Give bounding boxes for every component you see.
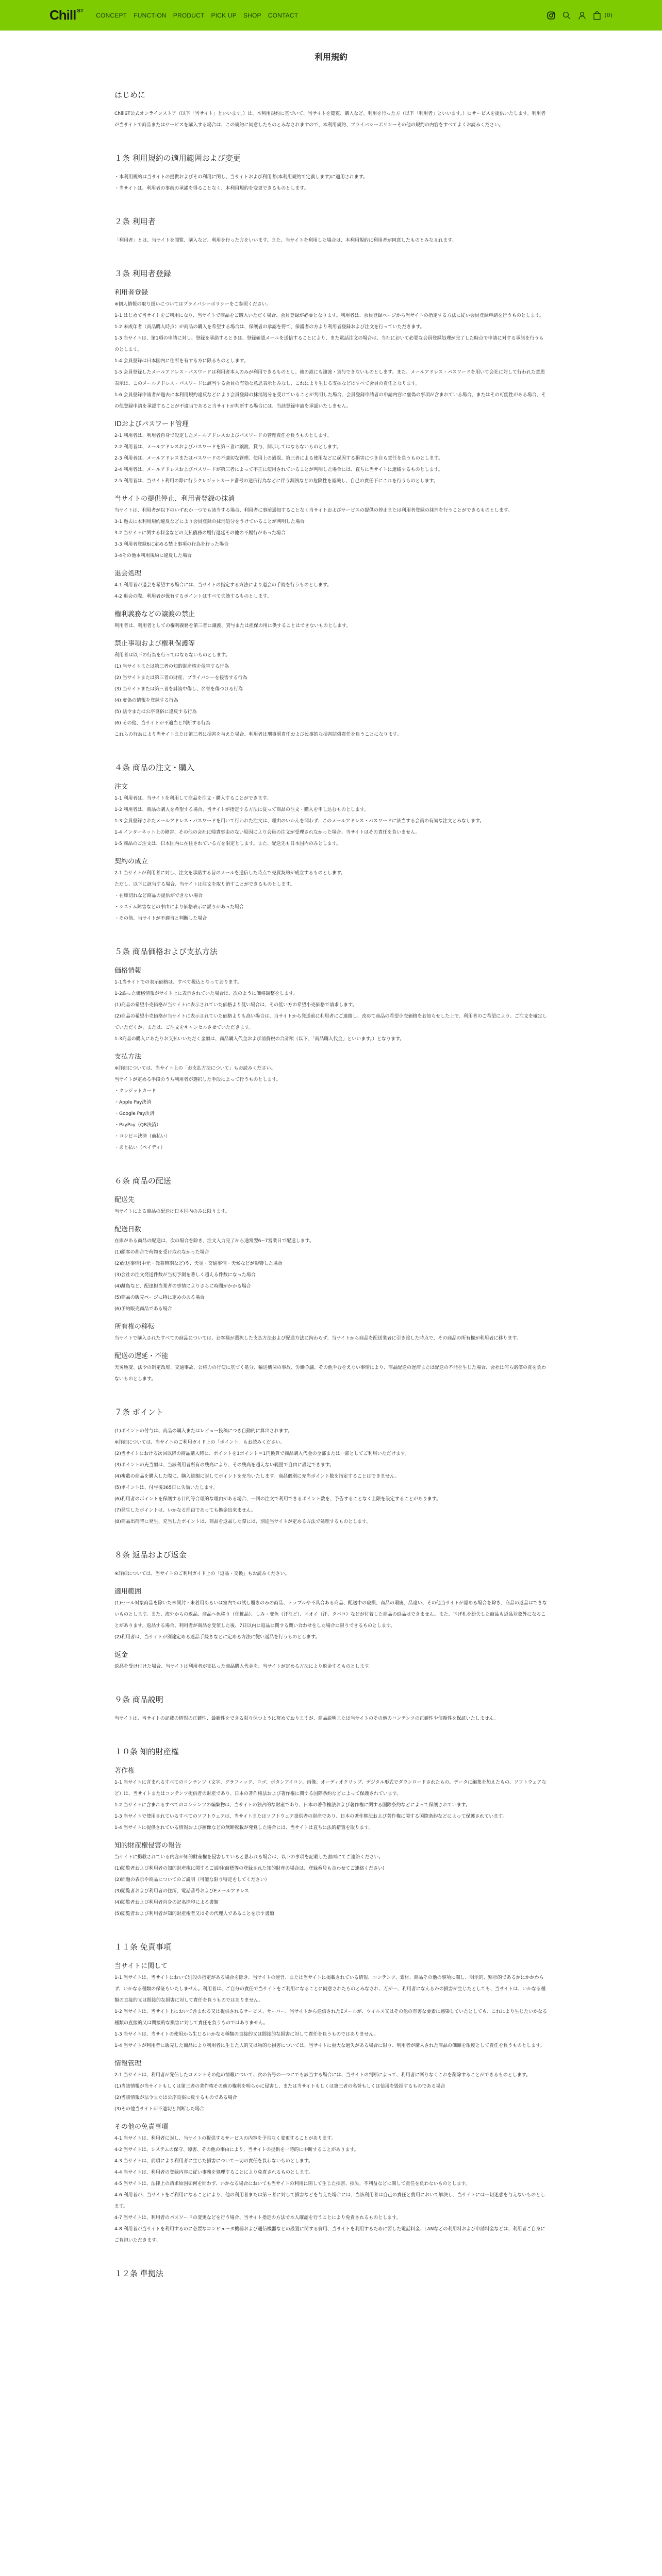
terms-content: 利用規約 はじめにChillST公式オンラインストア（以下「当サイト」といいます… <box>114 31 548 2321</box>
article-subsection: 契約の成立2-1 当サイトが利用者に対し、注文を承諾する旨のメールを送信した時点… <box>114 856 548 924</box>
clause-text: (1)閲覧者および利用者の知的財産権に関するご説明(商標等の登録された知的財産の… <box>114 1863 548 1874</box>
article-heading: はじめに <box>114 89 548 100</box>
clause-text: 1-5 会員登録したメールアドレス・パスワードは利用者本人のみが利用できるものと… <box>114 367 548 389</box>
clause-text: 当サイトで購入されたすべての商品については、お客様が選択した支払方法および配送方… <box>114 1333 548 1344</box>
clause-text: ※個人情報の取り扱いについてはプライバシーポリシーをご参照ください。 <box>114 299 548 310</box>
subsection-title: 配送日数 <box>114 1224 548 1233</box>
subsection-title: 利用者登録 <box>114 287 548 297</box>
subsection-title: 返金 <box>114 1649 548 1659</box>
clause-text: 1-1 当サイトは、当サイトにおいて別段の指定がある場合を除き、当サイトの運営、… <box>114 1972 548 2006</box>
article-subsection: 所有権の移転当サイトで購入されたすべての商品については、お客様が選択した支払方法… <box>114 1321 548 1344</box>
clause-text: (2)配送事情(中元・歳暮時期など)や、天災・交通事情・天候などが影響した場合 <box>114 1258 548 1269</box>
subsection-title: 注文 <box>114 781 548 791</box>
subsection-title: 著作権 <box>114 1765 548 1775</box>
clause-text: 4-3 当サイトは、前項により利用者に生じた損害について一切の責任を負わないもの… <box>114 2156 548 2167</box>
clause-text: 当サイトによる商品の配送は日本国内のみに限ります。 <box>114 1206 548 1217</box>
article-subsection: ChillST公式オンラインストア（以下「当サイト」といいます。）は、本利用規約… <box>114 108 548 131</box>
article-subsection: ・本利用規約は当サイトの提供およびその利用に関し、当サイトおよび利用者(本利用規… <box>114 172 548 194</box>
article-subsection: 配送の遅延・不能天災地変、法令の制定改廃、交通事故、公権力の行使に基づく処分、輸… <box>114 1350 548 1385</box>
clause-text: 2-2 利用者は、メールアドレスおよびパスワードを第三者に譲渡、貸与、開示しては… <box>114 442 548 453</box>
subsection-title: IDおよびパスワード管理 <box>114 418 548 428</box>
subsection-title: 所有権の移転 <box>114 1321 548 1331</box>
terms-article: ３条 利用者登録利用者登録※個人情報の取り扱いについてはプライバシーポリシーをご… <box>114 268 548 740</box>
articles-container: はじめにChillST公式オンラインストア（以下「当サイト」といいます。）は、本… <box>114 89 548 2279</box>
clause-text: (3)その他当サイトが不適切と判断した場合 <box>114 2104 548 2115</box>
clause-text: 1-4 会員登録は日本国内に住所を有する方に限るものとします。 <box>114 355 548 367</box>
clause-text: 1-3 当サイトは、第1項の申請に対し、登録を承諾するときは、登録確認メールを送… <box>114 333 548 355</box>
clause-text: ただし、以下に該当する場合、当サイトは注文を取り消すことができるものとします。 <box>114 879 548 890</box>
clause-text: (1)顧客の都合で荷物を受け取れなかった場合 <box>114 1247 548 1258</box>
clause-text: 4-8 利用者が当サイトを利用するのに必要なコンピュータ機器および通信機器などの… <box>114 2224 548 2246</box>
clause-text: 4-5 当サイトは、法律上の請求原因如何を問わず、いかなる場合においても当サイト… <box>114 2178 548 2190</box>
clause-text: 1-2誤った価格情報がサイト上に表示されていた場合は、次のように価格調整をします… <box>114 988 548 999</box>
subsection-title: 権利義務などの譲渡の禁止 <box>114 608 548 618</box>
terms-article: ４条 商品の注文・購入注文1-1 利用者は、当サイトを利用して商品を注文・購入す… <box>114 762 548 924</box>
clause-text: 2-3 利用者は、メールアドレスまたはパスワードの不適切な管理、使用上の過誤、第… <box>114 453 548 464</box>
clause-text: (2) 当サイトまたは第三者の財産、プライバシーを侵害する行為 <box>114 672 548 684</box>
clause-text: 返品を受け付けた場合、当サイトは利用者が支払った商品購入代金を、当サイトが定める… <box>114 1661 548 1672</box>
clause-text: ・コンビニ決済（前払い） <box>114 1131 548 1142</box>
clause-text: ・在庫切れなど商品の提供ができない場合 <box>114 890 548 902</box>
clause-text: 2-1 当サイトは、利用者が発信したコメントその他の情報について、次の各号の一つ… <box>114 2070 548 2081</box>
instagram-icon[interactable] <box>547 11 556 20</box>
article-subsection: 著作権1-1 当サイトに含まれるすべてのコンテンツ（文字、グラフィック、ロゴ、ボ… <box>114 1765 548 1834</box>
subsection-title: 当サイトに関して <box>114 1960 548 1970</box>
site-header: Chill ST CONCEPT FUNCTION PRODUCT PICK U… <box>0 0 662 31</box>
clause-text: 2-5 利用者は、当サイト利用の際に行うクレジットカード番号の送信行為などに伴う… <box>114 476 548 487</box>
clause-text: (1)当該情報が当サイトもしくは第三者の著作権その他の権利を明らかに侵害し、また… <box>114 2081 548 2092</box>
clause-text: 4-6 利用者が、当サイトをご利用になることにより、他の利用者または第三者に対し… <box>114 2190 548 2212</box>
terms-article: ５条 商品価格および支払方法価格情報1-1当サイトでの表示価格は、すべて税込とな… <box>114 946 548 1154</box>
clause-text: ※詳細については、当サイトのご利用ガイド上の「返品・交換」もお読みください。 <box>114 1568 548 1580</box>
terms-article: １０条 知的財産権著作権1-1 当サイトに含まれるすべてのコンテンツ（文字、グラ… <box>114 1746 548 1920</box>
subsection-title: 価格情報 <box>114 965 548 975</box>
terms-article: ９条 商品説明当サイトは、当サイトの記載の情報の正確性、最新性をできる限り保つよ… <box>114 1694 548 1724</box>
article-subsection: IDおよびパスワード管理2-1 利用者は、利用者自身で設定したメールアドレスおよ… <box>114 418 548 487</box>
clause-text: ・あと払い（ペイディ） <box>114 1142 548 1154</box>
article-subsection: 当サイトの提供停止、利用者登録の抹消当サイトは、利用者が以下のいずれか一つでも該… <box>114 493 548 562</box>
clause-text: (6)利用者のポイントを保護する目的等合理的な理由がある場合、一回の注文で利用で… <box>114 1494 548 1505</box>
clause-text: (6) その他、当サイトが不適当と判断する行為 <box>114 718 548 729</box>
clause-text: 1-5 商品のご注文は、日本国内に在住されている方を限定とします。また、配送先も… <box>114 838 548 850</box>
clause-text: これらの行為により当サイトまたは第三者に損害を与えた場合、利用者は刑事罰責任およ… <box>114 729 548 740</box>
article-subsection: 利用者登録※個人情報の取り扱いについてはプライバシーポリシーをご参照ください。1… <box>114 287 548 412</box>
clause-text: ※詳細については、当サイト上の「お支払方法について」もお読みください。 <box>114 1063 548 1074</box>
clause-text: (2)利用者は、当サイトが別途定める返品手続きなどに定める方法に従い返品を行うも… <box>114 1632 548 1643</box>
article-subsection: 当サイトに関して1-1 当サイトは、当サイトにおいて別段の指定がある場合を除き、… <box>114 1960 548 2052</box>
subsection-title: 退会処理 <box>114 568 548 578</box>
clause-text: 2-1 当サイトが利用者に対し、注文を承諾する旨のメールを送信した時点で売買契約… <box>114 868 548 879</box>
clause-text: 当サイトは、当サイトの記載の情報の正確性、最新性をできる限り保つように努めており… <box>114 1713 548 1724</box>
article-heading: ２条 利用者 <box>114 216 548 227</box>
clause-text: 4-2 退会の際、利用者が保有するポイントはすべて失効するものとします。 <box>114 591 548 602</box>
clause-text: 2-4 利用者は、メールアドレスおよびパスワードが第三者によって不正に使用されて… <box>114 464 548 476</box>
header-icons: (0) <box>547 11 613 20</box>
nav-contact[interactable]: CONTACT <box>268 12 299 19</box>
article-heading: ８条 返品および返金 <box>114 1549 548 1560</box>
account-icon[interactable] <box>577 11 587 20</box>
clause-text: 1-1当サイトでの表示価格は、すべて税込となっております。 <box>114 977 548 988</box>
terms-article: ８条 返品および返金※詳細については、当サイトのご利用ガイド上の「返品・交換」も… <box>114 1549 548 1672</box>
clause-text: 1-3 当サイトで使用されているすべてのソフトウェアは、当サイトまたはソフトウェ… <box>114 1811 548 1822</box>
subsection-title: 支払方法 <box>114 1051 548 1061</box>
clause-text: 当サイトに掲載されている内容が知的財産権を侵害していると思われる場合は、以下の事… <box>114 1852 548 1863</box>
subsection-title: 適用範囲 <box>114 1586 548 1596</box>
clause-text: (1)セール対象商品を除いた未開封・未着用あるいは室内での試し履きのみの商品、ト… <box>114 1598 548 1632</box>
subsection-title: 当サイトの提供停止、利用者登録の抹消 <box>114 493 548 503</box>
clause-text: (3)閲覧者および利用者の住所、電話番号およびEメールアドレス <box>114 1886 548 1897</box>
clause-text: (4)複数の商品を購入した際に、購入総額に対してポイントを充当いたします。商品個… <box>114 1471 548 1482</box>
clause-text: 在庫がある商品の配送は、次の場合を除き、注文入力完了から通常翌6~7営業日で配送… <box>114 1235 548 1247</box>
nav-shop[interactable]: SHOP <box>243 12 261 19</box>
article-subsection: 退会処理4-1 利用者が退会を希望する場合には、当サイトの指定する方法により退会… <box>114 568 548 602</box>
page-title: 利用規約 <box>114 50 548 62</box>
clause-text: (3)会社の注文発送件数が当初予測を著しく超える件数になった場合 <box>114 1269 548 1281</box>
nav-product[interactable]: PRODUCT <box>173 12 205 19</box>
article-heading: １２条 準拠法 <box>114 2268 548 2279</box>
clause-text: 3-1 過去に本利用規約違反などにより会員登録の抹消処分をうけていることが判明し… <box>114 516 548 528</box>
search-icon[interactable] <box>562 11 571 20</box>
article-subsection: 注文1-1 利用者は、当サイトを利用して商品を注文・購入することができます。1-… <box>114 781 548 850</box>
clause-text: ChillST公式オンラインストア（以下「当サイト」といいます。）は、本利用規約… <box>114 108 548 131</box>
subsection-title: その他の免責事項 <box>114 2121 548 2131</box>
clause-text: (8)商品出荷時に発生、充当したポイントは、商品を返品した際には、別途当サイトが… <box>114 1516 548 1528</box>
terms-article: はじめにChillST公式オンラインストア（以下「当サイト」といいます。）は、本… <box>114 89 548 131</box>
subsection-title: 配送の遅延・不能 <box>114 1350 548 1360</box>
cart-icon[interactable] <box>593 11 601 20</box>
article-heading: ４条 商品の注文・購入 <box>114 762 548 773</box>
terms-article: ６条 商品の配送配送先当サイトによる商品の配送は日本国内のみに限ります。配送日数… <box>114 1175 548 1385</box>
article-heading: ５条 商品価格および支払方法 <box>114 946 548 957</box>
article-subsection: (1)ポイントの付与は、商品の購入またはレビュー投稿につき自動的に算出されます。… <box>114 1426 548 1528</box>
terms-article: １１条 免責事項当サイトに関して1-1 当サイトは、当サイトにおいて別段の指定が… <box>114 1941 548 2246</box>
clause-text: (2)商品の希望小売価格が当サイトに表示されていた価格よりも高い場合は、当サイト… <box>114 1011 548 1033</box>
article-heading: １条 利用規約の適用範囲および変更 <box>114 152 548 163</box>
article-heading: １１条 免責事項 <box>114 1941 548 1952</box>
clause-text: (5)ポイントは、付与後365日に失効いたします。 <box>114 1482 548 1494</box>
article-heading: ９条 商品説明 <box>114 1694 548 1705</box>
article-heading: ７条 ポイント <box>114 1406 548 1417</box>
clause-text: 「利用者」とは、当サイトを閲覧、購入など、利用を行った方をいいます。また、当サイ… <box>114 235 548 246</box>
article-subsection: その他の免責事項4-1 当サイトは、利用者に対し、当サイトの提供するサービスの内… <box>114 2121 548 2246</box>
article-subsection: 当サイトは、当サイトの記載の情報の正確性、最新性をできる限り保つように努めており… <box>114 1713 548 1724</box>
clause-text: 1-2 利用者は、商品の購入を希望する場合、当サイトが指定する方法に従って商品の… <box>114 804 548 816</box>
subsection-title: 情報管理 <box>114 2058 548 2067</box>
clause-text: ・クレジットカード <box>114 1086 548 1097</box>
clause-text: (5)閲覧者および利用者が知的財産権者又はその代理人であることを示す書類 <box>114 1908 548 1920</box>
clause-text: (7)発生したポイントは、いかなる理由であっても換金出来ません。 <box>114 1505 548 1516</box>
clause-text: 1-1 はじめて当サイトをご利用になり、当サイトで商品をご購入いただく場合、会員… <box>114 310 548 321</box>
terms-article: ７条 ポイント(1)ポイントの付与は、商品の購入またはレビュー投稿につき自動的に… <box>114 1406 548 1528</box>
article-subsection: 情報管理2-1 当サイトは、利用者が発信したコメントその他の情報について、次の各… <box>114 2058 548 2115</box>
logo-text: Chill <box>49 7 76 23</box>
clause-text: (2)当該情報が法令または公序良俗に反するものである場合 <box>114 2092 548 2104</box>
cart-count[interactable]: (0) <box>604 12 613 19</box>
nav-function[interactable]: FUNCTION <box>134 12 167 19</box>
article-subsection: 返金返品を受け付けた場合、当サイトは利用者が支払った商品購入代金を、当サイトが定… <box>114 1649 548 1672</box>
clause-text: 3-2 当サイトに関する料金などの支払債務の履行遅延その他の不履行があった場合 <box>114 528 548 539</box>
clause-text: (6)予約販売商品である場合 <box>114 1303 548 1315</box>
clause-text: (1)商品の希望小売価格が当サイトに表示されていた価格より低い場合は、その低い方… <box>114 999 548 1011</box>
article-subsection: 禁止事項および権利保護等利用者は以下の行為を行ってはならないものとします。(1)… <box>114 638 548 740</box>
clause-text: 1-2 当サイトに含まれるすべてのコンテンツの編集物は、当サイトの独占的な財産で… <box>114 1800 548 1811</box>
clause-text: ・PayPay（QR決済） <box>114 1120 548 1131</box>
clause-text: 1-1 当サイトに含まれるすべてのコンテンツ（文字、グラフィック、ロゴ、ボタンア… <box>114 1777 548 1800</box>
clause-text: 当サイトが定める手段のうち利用者が選択した手段によって行うものとします。 <box>114 1074 548 1086</box>
clause-text: 1-4 インターネット上の障害、その他の会社に帰責事由のない原因により会員の注文… <box>114 827 548 838</box>
terms-article: ２条 利用者「利用者」とは、当サイトを閲覧、購入など、利用を行った方をいいます。… <box>114 216 548 246</box>
clause-text: 3-3 利用者登録6に定める禁止事項の行為を行った場合 <box>114 539 548 550</box>
clause-text: 1-3商品の購入にあたりお支払いいただく金額は、商品購入代金および消費税の合計額… <box>114 1033 548 1045</box>
clause-text: 利用者は以下の行為を行ってはならないものとします。 <box>114 650 548 661</box>
clause-text: 1-4 当サイトに提供されている情報および画像などの無断転載が発覚した場合には、… <box>114 1822 548 1834</box>
clause-text: (2)問題の表示や商品についてのご説明（可能な限り特定をしてください） <box>114 1874 548 1886</box>
article-subsection: 適用範囲(1)セール対象商品を除いた未開封・未着用あるいは室内での試し履きのみの… <box>114 1586 548 1643</box>
subsection-title: 知的財産権侵害の報告 <box>114 1840 548 1850</box>
clause-text: 1-3 会員登録されたメールアドレス・パスワードを用いて行われた注文は、理由のい… <box>114 816 548 827</box>
clause-text: 4-1 当サイトは、利用者に対し、当サイトの提供するサービスの内容を予告なく変更… <box>114 2133 548 2144</box>
nav-concept[interactable]: CONCEPT <box>96 12 127 19</box>
article-heading: ３条 利用者登録 <box>114 268 548 279</box>
clause-text: 4-7 当サイトは、利用者のパスワードの変更などを行う場合、当サイト指定の方法で… <box>114 2212 548 2224</box>
article-subsection: 「利用者」とは、当サイトを閲覧、購入など、利用を行った方をいいます。また、当サイ… <box>114 235 548 246</box>
article-subsection: 価格情報1-1当サイトでの表示価格は、すべて税込となっております。1-2誤った価… <box>114 965 548 1045</box>
clause-text: (2)当サイトにおける次回以降の商品購入時に、ポイントを1ポイント＝1円換算で商… <box>114 1448 548 1460</box>
clause-text: 1-1 利用者は、当サイトを利用して商品を注文・購入することができます。 <box>114 793 548 804</box>
clause-text: 1-4 当サイトが利用者に販売した商品により利用者に生じた人的又は物的な損害につ… <box>114 2040 548 2052</box>
terms-article: １条 利用規約の適用範囲および変更・本利用規約は当サイトの提供およびその利用に関… <box>114 152 548 194</box>
main-nav: CONCEPT FUNCTION PRODUCT PICK UP SHOP CO… <box>96 12 298 19</box>
clause-text: (3)ポイントの充当額は、当該利用者所有の残高により、その残高を超えない範囲で自… <box>114 1460 548 1471</box>
article-subsection: 配送日数在庫がある商品の配送は、次の場合を除き、注文入力完了から通常翌6~7営業… <box>114 1224 548 1315</box>
clause-text: 4-4 当サイトは、利用者の登録内容に従い事務を処理することにより免責されるもの… <box>114 2167 548 2178</box>
clause-text: 1-6 会員登録申請者が過去に本利用規約違反などにより会員登録の抹消処分を受けて… <box>114 389 548 412</box>
clause-text: 当サイトは、利用者が以下のいずれか一つでも該当する場合、利用者に事前通知すること… <box>114 505 548 516</box>
clause-text: 1-2 当サイトは、当サイト上において含まれる又は提供されるサービス、サーバー、… <box>114 2006 548 2029</box>
clause-text: 天災地変、法令の制定改廃、交通事故、公権力の行使に基づく処分、輸送機関の事故、労… <box>114 1362 548 1385</box>
subsection-title: 契約の成立 <box>114 856 548 866</box>
article-subsection: 権利義務などの譲渡の禁止利用者は、利用者としての権利義務を第三者に譲渡、貸与また… <box>114 608 548 632</box>
clause-text: ・本利用規約は当サイトの提供およびその利用に関し、当サイトおよび利用者(本利用規… <box>114 172 548 183</box>
clause-text: 4-1 利用者が退会を希望する場合には、当サイトの指定する方法により退会の手続を… <box>114 580 548 591</box>
article-subsection: 配送先当サイトによる商品の配送は日本国内のみに限ります。 <box>114 1194 548 1217</box>
clause-text: (1)ポイントの付与は、商品の購入またはレビュー投稿につき自動的に算出されます。 <box>114 1426 548 1437</box>
clause-text: (4)離島など、配達担当業者の事情によりさらに時間がかかる場合 <box>114 1281 548 1292</box>
clause-text: 4-2 当サイトは、システムの保守、障害、その他の事由により、当サイトの提供を一… <box>114 2144 548 2156</box>
clause-text: 2-1 利用者は、利用者自身で設定したメールアドレスおよびパスワードの管理責任を… <box>114 430 548 442</box>
clause-text: (5) 法令または公序良俗に違反する行為 <box>114 706 548 718</box>
clause-text: ※詳細については、当サイトのご利用ガイド上の「ポイント」もお読みください。 <box>114 1437 548 1448</box>
clause-text: 1-2 未成年者（商品購入時点）が商品の購入を希望する場合は、保護者の承認を得て… <box>114 321 548 333</box>
subsection-title: 配送先 <box>114 1194 548 1204</box>
terms-article: １２条 準拠法 <box>114 2268 548 2279</box>
clause-text: (3) 当サイトまたは第三者を誹謗中傷し、名誉を傷つける行為 <box>114 684 548 695</box>
clause-text: ・システム障害などの事由により価格表示に誤りがあった場合 <box>114 902 548 913</box>
clause-text: (5)商品の販売ページに特に定めのある場合 <box>114 1292 548 1303</box>
logo[interactable]: Chill ST <box>49 7 84 23</box>
subsection-title: 禁止事項および権利保護等 <box>114 638 548 648</box>
article-heading: ６条 商品の配送 <box>114 1175 548 1186</box>
article-subsection: 知的財産権侵害の報告当サイトに掲載されている内容が知的財産権を侵害していると思わ… <box>114 1840 548 1920</box>
clause-text: ・Apple Pay決済 <box>114 1097 548 1108</box>
nav-pick-up[interactable]: PICK UP <box>211 12 237 19</box>
clause-text: (1) 当サイトまたは第三者の知的財産権を侵害する行為 <box>114 661 548 672</box>
article-subsection: 支払方法※詳細については、当サイト上の「お支払方法について」もお読みください。当… <box>114 1051 548 1154</box>
article-heading: １０条 知的財産権 <box>114 1746 548 1757</box>
clause-text: 3-4その他本利用規約に違反した場合 <box>114 550 548 562</box>
logo-superscript: ST <box>77 8 84 14</box>
clause-text: ・当サイトは、利用者の事前の承諾を得ることなく、本利用規約を変更できるものとしま… <box>114 183 548 194</box>
clause-text: 利用者は、利用者としての権利義務を第三者に譲渡、貸与または担保の用に供することは… <box>114 620 548 632</box>
clause-text: (4) 虚偽の情報を登録する行為 <box>114 695 548 706</box>
clause-text: (4)閲覧者および利用者自身の記名捺印による書類 <box>114 1897 548 1908</box>
clause-text: ・Google Pay決済 <box>114 1108 548 1120</box>
article-subsection: ※詳細については、当サイトのご利用ガイド上の「返品・交換」もお読みください。 <box>114 1568 548 1580</box>
clause-text: 1-3 当サイトは、当サイトの使用から生じるいかなる種類の直接的又は間接的な損害… <box>114 2029 548 2040</box>
clause-text: ・その他、当サイトが不適当と判断した場合 <box>114 913 548 924</box>
